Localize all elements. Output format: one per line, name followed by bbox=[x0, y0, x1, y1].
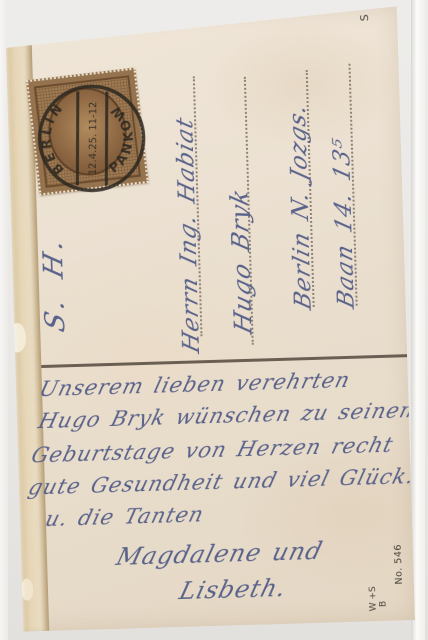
publisher-mark-line1: W +S bbox=[368, 586, 379, 611]
publisher-mark-line2: B bbox=[378, 586, 389, 611]
message-line-2: Hugo Bryk wünschen zu seinem bbox=[36, 398, 424, 434]
printed-card-number: No. 546 bbox=[393, 544, 405, 585]
signature-line-1: Magdalene und bbox=[113, 537, 325, 571]
message-line-4: gute Gesundheit und viel Glück. bbox=[26, 464, 418, 500]
publisher-mark: W +S B bbox=[368, 586, 389, 612]
divider-line bbox=[41, 354, 407, 368]
address-line-1: Herrn Ing. Habiat bbox=[172, 114, 205, 355]
printed-corner-letter: S bbox=[358, 14, 371, 21]
svg-text:PANKOW: PANKOW bbox=[106, 100, 137, 176]
photo-sleeve-edge-left bbox=[0, 0, 8, 640]
svg-text:BERLIN: BERLIN bbox=[39, 100, 68, 178]
message-line-1: Unserem lieben verehrten bbox=[37, 368, 353, 401]
message-line-3: Geburtstage von Herzen recht bbox=[29, 433, 396, 468]
address-line-2: Hugo Bryk bbox=[225, 185, 257, 336]
postcard: BERLIN PANKOW 12.4.25. 11-12 S S. H. Her… bbox=[5, 6, 415, 631]
postmark-icon: BERLIN PANKOW 12.4.25. 11-12 bbox=[33, 80, 150, 197]
message-line-5: u. die Tanten bbox=[43, 502, 207, 531]
photo-sleeve-edge-right bbox=[411, 0, 425, 640]
postmark-city-top: BERLIN bbox=[39, 100, 68, 178]
postmark-date: 12.4.25. 11-12 bbox=[88, 102, 99, 176]
address-line-3: Berlin N. Jozgs. bbox=[285, 101, 317, 312]
sender-initials: S. H. bbox=[37, 231, 71, 335]
signature-line-2: Lisbeth. bbox=[176, 574, 289, 605]
address-line-4: Baan 14. 13⁵ bbox=[329, 136, 360, 311]
postmark-city-bottom: PANKOW bbox=[106, 100, 137, 176]
